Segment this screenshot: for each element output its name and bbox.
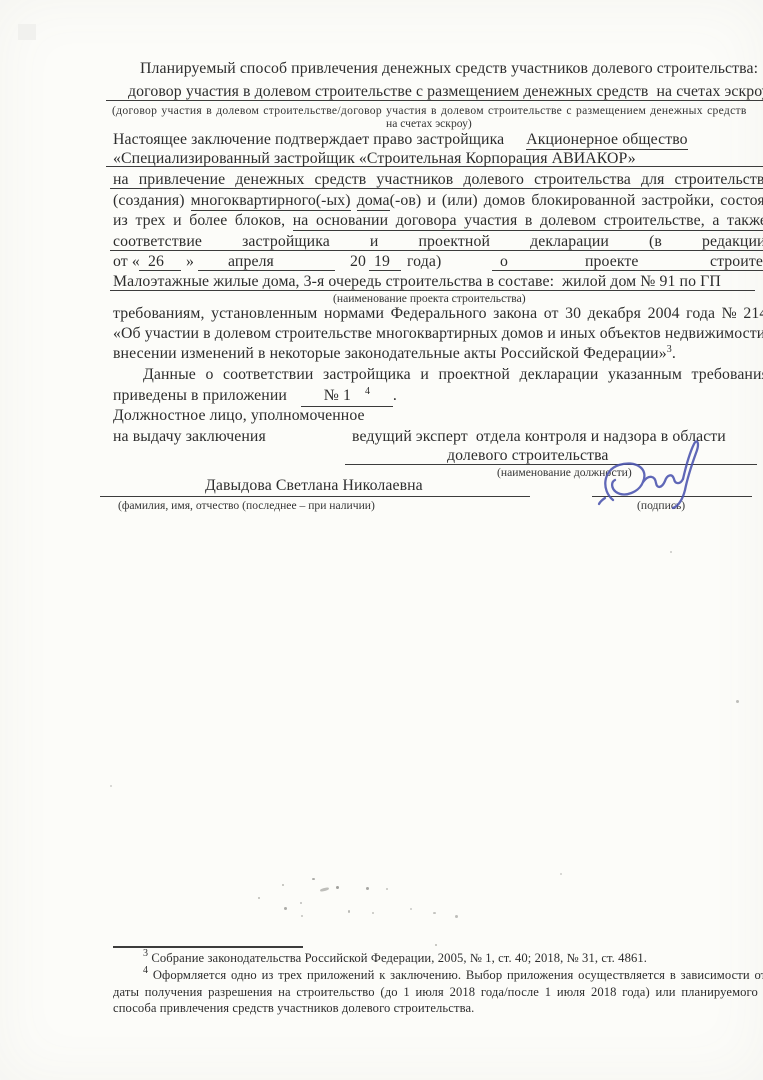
footnote-4-line-2: даты получения разрешения на строительст… (113, 985, 758, 999)
scan-speckle (410, 908, 412, 910)
footnote-ref-4: 4 (365, 386, 370, 397)
scan-speckle (282, 884, 284, 886)
confirmation-prefix: Настоящее заключение подтверждает право … (113, 131, 504, 148)
footnote-ref-3: 3 (667, 344, 672, 355)
creation-underlined-2: дома (357, 192, 390, 211)
creation-suffix: (-ов) и (или) домов блокированной застро… (390, 192, 763, 209)
date-month: апреля (228, 253, 274, 271)
underline-rule (110, 250, 763, 251)
creation-prefix: (создания) (113, 192, 185, 209)
signature (595, 436, 713, 528)
blocks-prefix: из трех и более блоков, (113, 212, 285, 229)
law-line-1: требованиям, установленным нормами Федер… (113, 305, 763, 323)
planned-method-caption-2: на счетах эскроу) (386, 117, 472, 130)
blocks-underlined: на основании договора участия в долевом … (293, 212, 763, 231)
scan-speckle (300, 902, 302, 904)
date-19: 19 (374, 253, 390, 271)
o-word: о (500, 253, 508, 271)
law-line-2: «Об участии в долевом строительстве мног… (113, 325, 763, 343)
scan-speckle (301, 915, 303, 917)
scan-speckle (560, 873, 562, 875)
date-day: 26 (148, 253, 164, 271)
data-compliance-line-1: Данные о соответствии застройщика и прое… (143, 366, 763, 384)
scan-speckle (320, 887, 329, 892)
creation-line: (создания) многоквартирного(-ых) дома(-о… (113, 192, 763, 210)
appendix-no-text: № 1 (324, 387, 351, 404)
scan-speckle (736, 700, 739, 703)
footnote-3-sup: 3 (143, 948, 148, 959)
stroit-word: строительства (710, 253, 763, 271)
underline-rule (106, 166, 763, 167)
scan-speckle (258, 897, 260, 899)
footnote-3-text: Собрание законодательства Российской Фед… (148, 951, 647, 965)
official-name: Давыдова Светлана Николаевна (205, 477, 423, 495)
underline-rule (198, 270, 335, 271)
scan-speckle (386, 888, 388, 890)
scan-speckle (110, 785, 112, 787)
footnote-4-text-1: Оформляется одно из трех приложений к за… (148, 968, 763, 982)
scan-speckle (670, 551, 672, 553)
confirmation-line: Настоящее заключение подтверждает право … (113, 131, 688, 149)
scan-speckle (336, 886, 339, 889)
document-page: Планируемый способ привлечения денежных … (0, 0, 763, 1080)
appendix-number: № 14 (301, 387, 393, 407)
date-20: 20 (350, 253, 366, 271)
underline-rule (369, 270, 401, 271)
proekte-word: проекте (585, 253, 639, 271)
law-line-3-dot: . (672, 345, 676, 362)
official-position-2: долевого строительства (447, 447, 609, 465)
attract-line: на привлечение денежных средств участник… (113, 171, 763, 189)
data-compliance-line-2: приведены в приложении№ 14. (113, 387, 397, 407)
planned-method-caption: (договор участия в долевом строительстве… (112, 104, 747, 117)
scan-speckle (366, 887, 369, 890)
law-line-3-text: внесении изменений в некоторые законодат… (113, 345, 667, 362)
footnote-separator (113, 946, 303, 948)
project-caption: (наименование проекта строительства) (333, 292, 526, 305)
footnote-4-line-1: 4 Оформляется одно из трех приложений к … (143, 968, 763, 983)
appendix-prefix: приведены в приложении (113, 387, 287, 404)
scan-speckle (348, 910, 350, 913)
planned-method-value: договор участия в долевом строительстве … (128, 83, 763, 101)
compliance-line: соответствие застройщика и проектной дек… (113, 233, 763, 251)
scan-speckle (284, 907, 287, 910)
underline-rule (492, 270, 763, 271)
date-ot: от « (113, 253, 140, 271)
official-line-1: Должностное лицо, уполномоченное (113, 407, 365, 425)
scan-speckle (435, 944, 437, 946)
scan-speckle (455, 915, 458, 918)
footnote-4-sup: 4 (143, 965, 148, 976)
planned-method-title: Планируемый способ привлечения денежных … (140, 60, 758, 78)
underline-rule (106, 100, 763, 101)
project-name: Малоэтажные жилые дома, 3-я очередь стро… (113, 273, 721, 291)
underline-rule (100, 496, 530, 497)
date-close-quote: » (186, 253, 194, 271)
date-goda: года) (407, 253, 441, 271)
footnote-3: 3 Собрание законодательства Российской Ф… (143, 951, 647, 966)
underline-rule (139, 270, 181, 271)
official-line-2: на выдачу заключения (113, 428, 266, 446)
scan-speckle (312, 878, 315, 880)
scan-artifact (18, 24, 36, 40)
blocks-line: из трех и более блоков, на основании дог… (113, 212, 763, 230)
scan-speckle (433, 912, 436, 914)
underline-rule (110, 188, 763, 189)
law-line-3: внесении изменений в некоторые законодат… (113, 345, 676, 363)
appendix-dot: . (393, 387, 397, 404)
developer-type: Акционерное общество (526, 131, 687, 150)
creation-underlined-1: многоквартирного(-ых) (191, 192, 351, 211)
scan-speckle (372, 912, 374, 914)
name-caption: (фамилия, имя, отчество (последнее – при… (118, 499, 375, 512)
footnote-4-line-3: способа привлечения средств участников д… (113, 1001, 474, 1015)
